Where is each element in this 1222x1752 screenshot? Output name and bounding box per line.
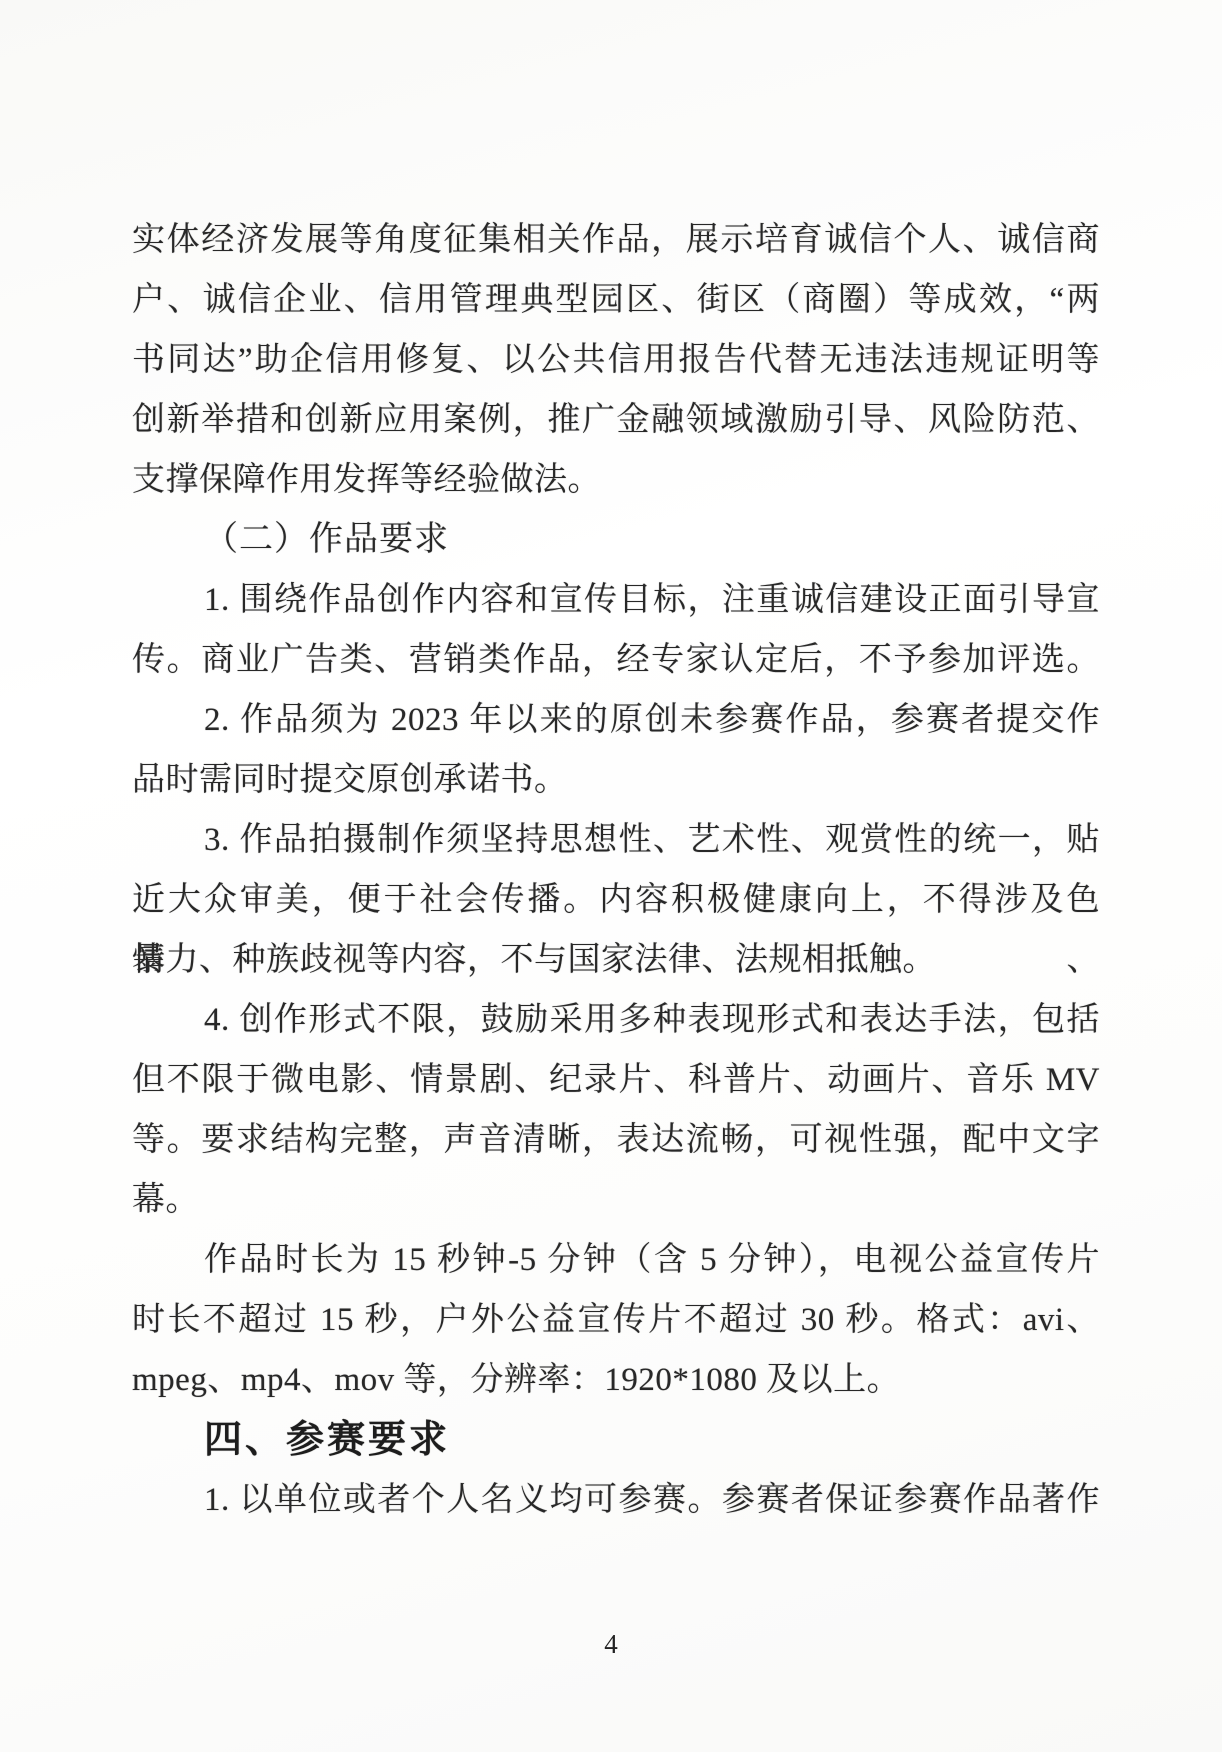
- subsection-heading-work-requirements: （二）作品要求: [132, 510, 1100, 570]
- text-line: 作品时长为 15 秒钟-5 分钟（含 5 分钟），电视公益宣传片: [132, 1230, 1100, 1290]
- text-line: 实体经济发展等角度征集相关作品，展示培育诚信个人、诚信商: [132, 210, 1100, 270]
- text-line: 时长不超过 15 秒，户外公益宣传片不超过 30 秒。格式：avi、: [132, 1290, 1100, 1350]
- text-line: 书同达”助企信用修复、以公共信用报告代替无违法违规证明等: [132, 330, 1100, 390]
- section-heading-participation-requirements: 四、参赛要求: [132, 1410, 1100, 1470]
- text-line: mpeg、mp4、mov 等，分辨率：1920*1080 及以上。: [132, 1350, 1100, 1410]
- text-line: 3. 作品拍摄制作须坚持思想性、艺术性、观赏性的统一，贴: [132, 810, 1100, 870]
- text-line: 2. 作品须为 2023 年以来的原创未参赛作品，参赛者提交作: [132, 690, 1100, 750]
- text-line: 但不限于微电影、情景剧、纪录片、科普片、动画片、音乐 MV: [132, 1050, 1100, 1110]
- text-line: 创新举措和创新应用案例，推广金融领域激励引导、风险防范、: [132, 390, 1100, 450]
- text-line: 等。要求结构完整，声音清晰，表达流畅，可视性强，配中文字: [132, 1110, 1100, 1170]
- text-line: 户、诚信企业、信用管理典型园区、街区（商圈）等成效，“两: [132, 270, 1100, 330]
- text-line: 传。商业广告类、营销类作品，经专家认定后，不予参加评选。: [132, 630, 1100, 690]
- document-body: 实体经济发展等角度征集相关作品，展示培育诚信个人、诚信商 户、诚信企业、信用管理…: [132, 210, 1100, 1530]
- text-line: 4. 创作形式不限，鼓励采用多种表现形式和表达手法，包括: [132, 990, 1100, 1050]
- page-number: 4: [0, 1624, 1222, 1664]
- document-page: 实体经济发展等角度征集相关作品，展示培育诚信个人、诚信商 户、诚信企业、信用管理…: [0, 0, 1222, 1752]
- text-line: 幕。: [132, 1170, 1100, 1230]
- text-line: 品时需同时提交原创承诺书。: [132, 750, 1100, 810]
- text-line: 支撑保障作用发挥等经验做法。: [132, 450, 1100, 510]
- text-line: 近大众审美，便于社会传播。内容积极健康向上，不得涉及色情、: [132, 870, 1100, 930]
- text-line: 1. 围绕作品创作内容和宣传目标，注重诚信建设正面引导宣: [132, 570, 1100, 630]
- text-line: 1. 以单位或者个人名义均可参赛。参赛者保证参赛作品著作: [132, 1470, 1100, 1530]
